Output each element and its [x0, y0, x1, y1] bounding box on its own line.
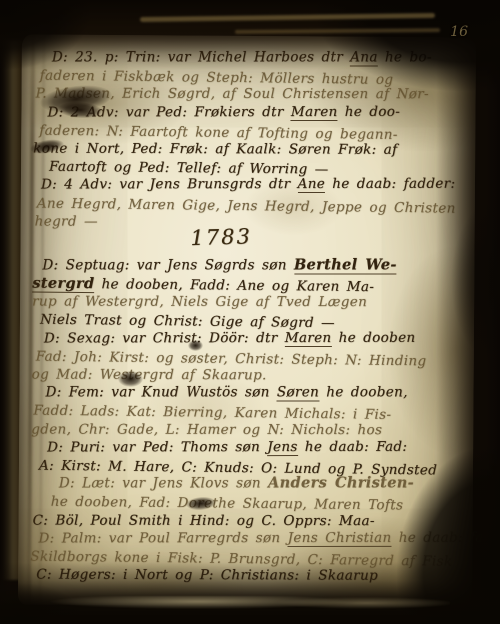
manuscript-line: og Mad: Westergrd af Skaarup.	[32, 365, 464, 385]
line-text: he doo-	[338, 103, 401, 119]
line-text: D: Fem: var Knud Wustös søn	[45, 385, 276, 401]
manuscript-line: D: 2 Adv: var Ped: Frøkiers dtr Maren he…	[33, 102, 465, 121]
photo-frame: D: 23. p: Trin: var Michel Harboes dtr A…	[0, 0, 500, 624]
page-number: 16	[450, 24, 468, 40]
manuscript-line: D: Læt: var Jens Klovs søn Anders Christ…	[31, 475, 463, 493]
crack-streak	[235, 28, 440, 34]
line-text: he dooben,	[319, 385, 408, 401]
line-text: kone i Nort, Ped: Frøk: af Kaalk: Søren …	[33, 140, 397, 157]
line-text: D: Palm: var Poul Farregrds søn	[38, 530, 287, 546]
line-text: he dooben	[331, 329, 415, 345]
underlined-name: Berthel We-	[294, 256, 397, 274]
manuscript-line: D: Puri: var Ped: Thoms søn Jens he daab…	[31, 437, 463, 456]
underlined-name: Jens Christian	[288, 530, 392, 547]
underlined-name: Maren	[285, 330, 332, 347]
line-text: D: Septuag: var Jens Søgrds søn	[42, 257, 294, 273]
crack-streak	[140, 13, 435, 22]
manuscript-line: C: Böl, Poul Smith i Hind: og C. Opprs: …	[31, 511, 463, 530]
manuscript-line: C: Høgers: i Nort og P: Christians: i Sk…	[30, 566, 462, 586]
manuscript-line: D: 23. p: Trin: var Michel Harboes dtr A…	[34, 49, 466, 67]
line-text: he daab: Fad:	[298, 439, 408, 455]
underlined-name: Ana	[350, 50, 378, 67]
manuscript-line: D: Sexag: var Christ: Döör: dtr Maren he…	[32, 328, 464, 347]
line-text: D: 23. p: Trin: var Michel Harboes dtr	[52, 50, 350, 66]
underlined-name: stergrd	[32, 275, 94, 294]
manuscript-line: D: Palm: var Poul Farregrds søn Jens Chr…	[30, 528, 462, 547]
line-text: D: 2 Adv: var Ped: Frøkiers dtr	[47, 104, 290, 120]
manuscript-page: D: 23. p: Trin: var Michel Harboes dtr A…	[18, 34, 476, 607]
line-text: he daab: fadder:	[325, 176, 455, 192]
line-text: gden, Chr: Gade, L: Hamer og N: Nichols:…	[31, 421, 382, 438]
manuscript-line: D: Fem: var Knud Wustös søn Søren he doo…	[31, 384, 463, 402]
line-text: hegrd —	[35, 213, 98, 229]
line-text: Anders Christen-	[268, 475, 414, 492]
manuscript-line: rup af Westergrd, Niels Gige af Tved Læg…	[32, 293, 464, 312]
line-text: D: 4 Adv: var Jens Brunsgrds dtr	[41, 176, 298, 192]
line-text: 1783	[190, 224, 252, 250]
underlined-name: Maren	[291, 104, 338, 121]
line-text: C: Böl, Poul Smith i Hind: og C. Opprs: …	[33, 512, 375, 529]
line-text: D: Sexag: var Christ: Döör: dtr	[44, 330, 285, 346]
line-text: P. Madsen, Erich Søgrd, af Soul Christen…	[36, 86, 429, 103]
manuscript-line: P. Madsen, Erich Søgrd, af Soul Christen…	[34, 85, 466, 104]
line-text: og Mad: Westergrd af Skaarup.	[32, 366, 267, 383]
line-text: he daab: fad:	[392, 529, 498, 545]
manuscript-text: D: 23. p: Trin: var Michel Harboes dtr A…	[30, 49, 466, 587]
line-text: rup af Westergrd, Niels Gige af Tved Læg…	[32, 294, 367, 311]
manuscript-line: kone i Nort, Ped: Frøk: af Kaalk: Søren …	[33, 139, 465, 159]
line-text: D: Læt: var Jens Klovs søn	[59, 476, 268, 492]
manuscript-line: D: Septuag: var Jens Søgrds søn Berthel …	[32, 256, 464, 274]
line-text: D: Puri: var Ped: Thoms søn	[47, 439, 267, 455]
line-text: C: Høgers: i Nort og P: Christians: i Sk…	[36, 567, 378, 584]
underlined-name: Søren	[277, 385, 319, 402]
underlined-name: Jens	[267, 439, 297, 456]
underlined-name: Ane	[298, 176, 326, 193]
manuscript-line: D: 4 Adv: var Jens Brunsgrds dtr Ane he …	[33, 175, 465, 194]
manuscript-line: gden, Chr: Gade, L: Hamer og N: Nichols:…	[31, 420, 463, 439]
line-text: he bo-	[378, 50, 432, 66]
